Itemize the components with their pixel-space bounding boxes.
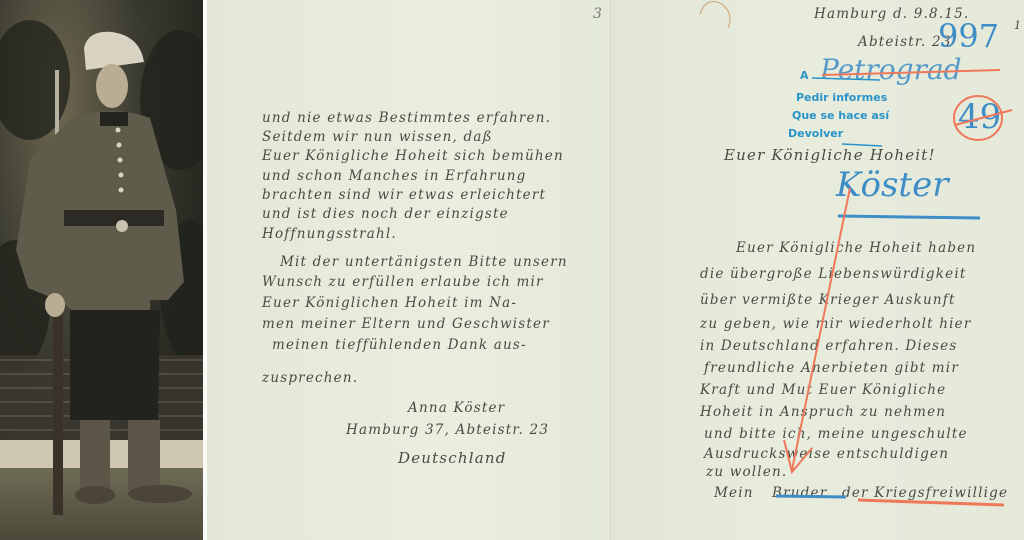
text-line: freundliche Anerbieten gibt mir xyxy=(704,362,959,376)
text-line: brachten sind wir etwas erleichtert xyxy=(262,189,546,203)
text-line: Hoheit in Anspruch zu nehmen xyxy=(700,406,946,420)
signature-address: Hamburg 37, Abteistr. 23 xyxy=(346,424,549,438)
text-line: Seitdem wir nun wissen, daß xyxy=(262,131,493,145)
soldier-figure xyxy=(0,0,203,540)
stamp-line: Que se hace así xyxy=(792,110,889,121)
name-annotation: Köster xyxy=(836,168,948,202)
text-line: in Deutschland erfahren. Dieses xyxy=(700,340,958,354)
stamp-line: Pedir informes xyxy=(796,92,887,103)
place-annotation: Petrograd xyxy=(820,56,962,84)
stamp-prefix: A xyxy=(800,70,809,81)
text-line: Euer Königliche Hoheit sich bemühen xyxy=(262,150,564,164)
salutation: Euer Königliche Hoheit! xyxy=(724,148,936,163)
text-line: und schon Manches in Erfahrung xyxy=(262,170,527,184)
text-line: men meiner Eltern und Geschwister xyxy=(262,318,550,332)
text-line: Kraft und Mut Euer Königliche xyxy=(700,384,946,398)
text-line: über vermißte Krieger Auskunft xyxy=(700,294,956,308)
text-line: Ausdrucksweise entschuldigen xyxy=(704,448,949,462)
text-line: Wunsch zu erfüllen erlaube ich mir xyxy=(262,276,544,290)
stamp-line: Devolver xyxy=(788,128,843,139)
text-line: Hoffnungsstrahl. xyxy=(262,228,397,242)
text-line: meinen tieffühlenden Dank aus- xyxy=(272,339,527,353)
signature-country: Deutschland xyxy=(398,451,507,466)
struck-number: 49 xyxy=(958,100,1001,134)
text-line: zu geben, wie mir wiederholt hier xyxy=(700,318,972,332)
underlined-word-brother: Bruder xyxy=(772,487,827,501)
soldier-photo xyxy=(0,0,203,540)
text-line: Mein xyxy=(714,487,754,501)
page-number: 3 xyxy=(593,6,602,22)
text-line: Euer Königlichen Hoheit im Na- xyxy=(262,297,517,311)
signature-name: Anna Köster xyxy=(408,402,505,416)
underlined-phrase-volunteer: der Kriegsfreiwillige xyxy=(842,487,1008,501)
text-line: Euer Königliche Hoheit haben xyxy=(736,242,976,256)
text-line: die übergroße Liebenswürdigkeit xyxy=(700,268,966,282)
text-line: Mit der untertänigsten Bitte unsern xyxy=(280,256,568,270)
text-line: und bitte ich, meine ungeschulte xyxy=(704,428,968,442)
text-line: zusprechen. xyxy=(262,372,358,386)
text-line: und nie etwas Bestimmtes erfahren. xyxy=(262,112,551,126)
registry-number: 997 xyxy=(938,20,999,52)
text-line: zu wollen. xyxy=(706,466,787,480)
text-line: und ist dies noch der einzigste xyxy=(262,208,509,222)
corner-mark: 1 xyxy=(1014,20,1022,31)
